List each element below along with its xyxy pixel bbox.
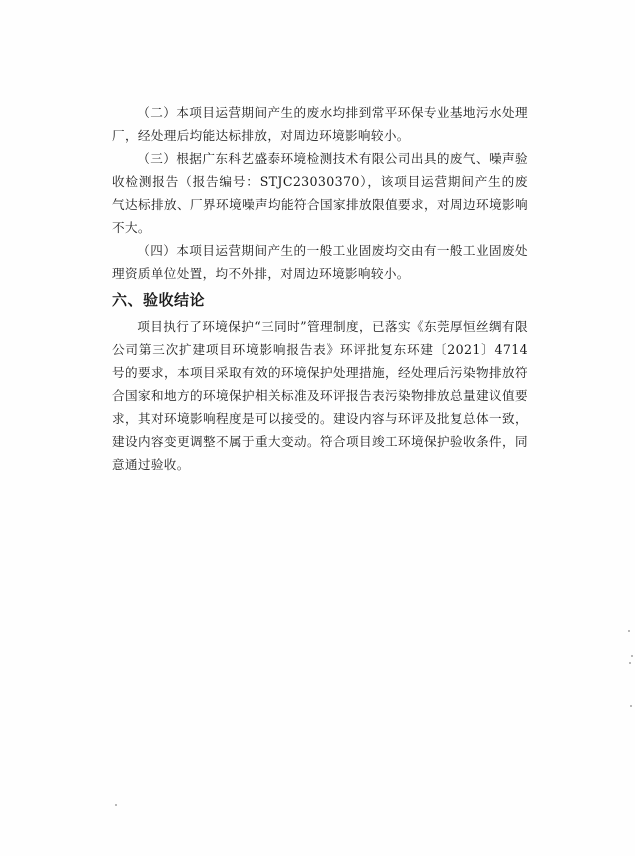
paragraph-item-4: （四）本项目运营期间产生的一般工业固废均交由有一般工业固废处理资质单位处置，均不… (112, 239, 528, 285)
section-heading-conclusion: 六、验收结论 (112, 287, 528, 313)
paragraph-conclusion: 项目执行了环境保护“三同时”管理制度，已落实《东莞厚恒丝绸有限公司第三次扩建项目… (112, 315, 528, 476)
document-page: （二）本项目运营期间产生的废水均排到常平环保专业基地污水处理厂，经处理后均能达标… (0, 0, 635, 856)
scan-speck (630, 705, 632, 707)
page-content: （二）本项目运营期间产生的废水均排到常平环保专业基地污水处理厂，经处理后均能达标… (112, 101, 528, 476)
paragraph-item-3: （三）根据广东科艺盛泰环境检测技术有限公司出具的废气、噪声验收检测报告（报告编号… (112, 147, 528, 239)
paragraph-item-2: （二）本项目运营期间产生的废水均排到常平环保专业基地污水处理厂，经处理后均能达标… (112, 101, 528, 147)
scan-speck (631, 655, 633, 657)
scan-speck (115, 804, 117, 806)
scan-speck (628, 630, 630, 632)
scan-speck (629, 662, 631, 664)
